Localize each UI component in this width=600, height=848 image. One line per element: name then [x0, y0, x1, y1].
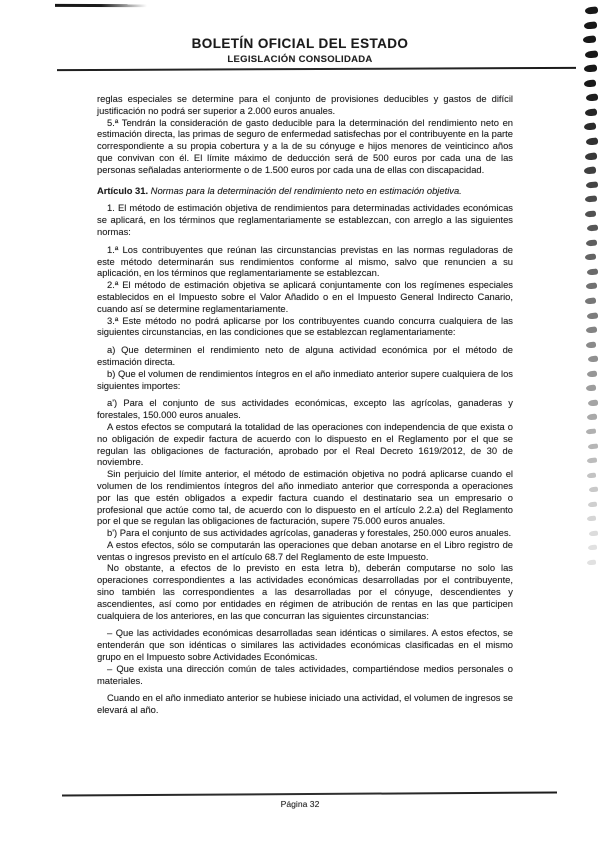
binding-hole-mark	[588, 545, 597, 551]
binding-hole-mark	[587, 559, 596, 565]
binding-hole-mark	[586, 472, 596, 478]
footer-divider	[62, 791, 557, 796]
binding-hole-mark	[586, 225, 598, 232]
binding-hole-mark	[586, 327, 597, 334]
binding-hole-mark	[586, 137, 599, 145]
binding-hole-mark	[588, 487, 598, 493]
article-body: reglas especiales se determine para el c…	[97, 93, 513, 716]
binding-hole-mark	[584, 65, 597, 73]
binding-hole-mark	[585, 297, 596, 304]
binding-hole-mark	[588, 501, 598, 507]
binding-hole-mark	[584, 123, 597, 131]
document-subtitle: LEGISLACIÓN CONSOLIDADA	[0, 54, 600, 65]
binding-hole-mark	[588, 399, 599, 406]
binding-hole-mark	[584, 108, 597, 116]
paragraph: 1. El método de estimación objetiva de r…	[97, 202, 513, 237]
binding-hole-mark	[586, 428, 596, 434]
binding-hole-mark	[583, 79, 596, 87]
binding-hole-mark	[584, 166, 596, 174]
paragraph: a') Para el conjunto de sus actividades …	[97, 397, 513, 421]
binding-hole-mark	[585, 152, 598, 160]
document-title: BOLETÍN OFICIAL DEL ESTADO	[0, 36, 600, 51]
binding-hole-mark	[587, 516, 597, 522]
paragraph: reglas especiales se determine para el c…	[97, 93, 513, 117]
article-title: Normas para la determinación del rendimi…	[151, 185, 462, 196]
paragraph: Cuando en el año inmediato anterior se h…	[97, 692, 513, 716]
binding-hole-mark	[587, 312, 598, 319]
binding-hole-mark	[588, 443, 598, 449]
paragraph: a) Que determinen el rendimiento neto de…	[97, 344, 513, 368]
binding-hole-mark	[584, 210, 596, 218]
paragraph: A estos efectos, sólo se computarán las …	[97, 539, 513, 563]
binding-hole-mark	[587, 414, 597, 421]
scanned-page: BOLETÍN OFICIAL DEL ESTADO LEGISLACIÓN C…	[0, 0, 600, 848]
binding-hole-mark	[587, 458, 597, 464]
paragraph: b) Que el volumen de rendimientos íntegr…	[97, 368, 513, 392]
paragraph: – Que las actividades económicas desarro…	[97, 627, 513, 662]
binding-hole-mark	[585, 196, 597, 204]
binding-hole-mark	[586, 283, 597, 290]
binding-hole-mark	[585, 6, 599, 15]
paragraph: Sin perjuicio del límite anterior, el mé…	[97, 468, 513, 527]
header-divider	[57, 67, 576, 71]
paragraph: b') Para el conjunto de sus actividades …	[97, 527, 513, 539]
paragraph: A estos efectos se computará la totalida…	[97, 421, 513, 468]
page-number: Página 32	[0, 799, 600, 809]
binding-hole-mark	[585, 254, 597, 261]
paragraph: 5.ª Tendrán la consideración de gasto de…	[97, 117, 513, 176]
paragraph: 3.ª Este método no podrá aplicarse por l…	[97, 315, 513, 339]
binding-hole-mark	[586, 370, 597, 377]
binding-hole-mark	[584, 21, 598, 29]
paragraph: 1.ª Los contribuyentes que reúnan las ci…	[97, 244, 513, 279]
binding-marks	[578, 0, 600, 848]
article-heading: Artículo 31. Normas para la determinació…	[97, 185, 513, 197]
binding-hole-mark	[589, 530, 599, 536]
paragraph: 2.ª El método de estimación objetiva se …	[97, 279, 513, 314]
binding-hole-mark	[585, 239, 597, 246]
article-number: Artículo 31.	[97, 185, 148, 196]
paragraph: – Que exista una dirección común de tale…	[97, 663, 513, 687]
binding-hole-mark	[585, 94, 598, 102]
binding-hole-mark	[587, 356, 598, 363]
binding-hole-mark	[586, 181, 598, 189]
scan-artifact-line	[55, 4, 147, 7]
paragraph: No obstante, a efectos de lo previsto en…	[97, 562, 513, 621]
binding-hole-mark	[585, 341, 596, 348]
binding-hole-mark	[586, 385, 597, 392]
binding-hole-mark	[587, 268, 599, 275]
